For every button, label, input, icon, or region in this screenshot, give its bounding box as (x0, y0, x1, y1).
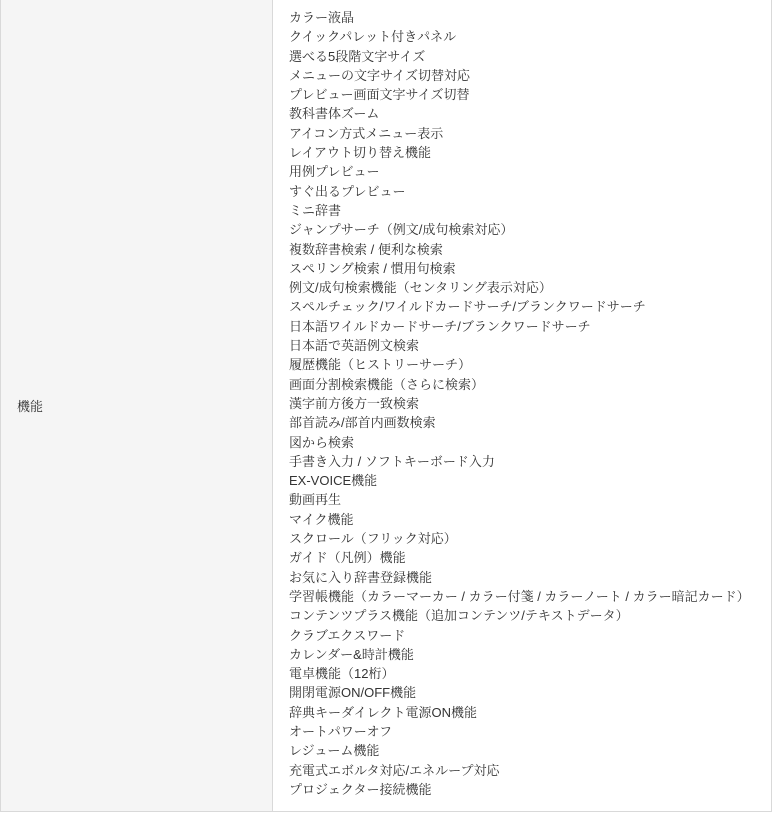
feature-line: ジャンプサーチ（例文/成句検索対応） (289, 220, 755, 239)
spec-row-features: 機能 カラー液晶クイックパレット付きパネル選べる5段階文字サイズメニューの文字サ… (1, 0, 772, 812)
feature-line: 用例プレビュー (289, 162, 755, 181)
feature-line: 複数辞書検索 / 便利な検索 (289, 240, 755, 259)
spec-page: 機能 カラー液晶クイックパレット付きパネル選べる5段階文字サイズメニューの文字サ… (0, 0, 776, 812)
feature-line: 教科書体ズーム (289, 104, 755, 123)
feature-line: オートパワーオフ (289, 722, 755, 741)
feature-line: お気に入り辞書登録機能 (289, 568, 755, 587)
feature-list: カラー液晶クイックパレット付きパネル選べる5段階文字サイズメニューの文字サイズ切… (289, 8, 755, 799)
feature-list-cell: カラー液晶クイックパレット付きパネル選べる5段階文字サイズメニューの文字サイズ切… (273, 0, 772, 812)
row-header-features: 機能 (1, 0, 273, 812)
feature-line: 日本語で英語例文検索 (289, 336, 755, 355)
feature-line: 電卓機能（12桁） (289, 664, 755, 683)
feature-line: カレンダー&時計機能 (289, 645, 755, 664)
feature-line: 日本語ワイルドカードサーチ/ブランクワードサーチ (289, 317, 755, 336)
feature-line: アイコン方式メニュー表示 (289, 124, 755, 143)
feature-line: 学習帳機能（カラーマーカー / カラー付箋 / カラーノート / カラー暗記カー… (289, 587, 755, 606)
feature-line: すぐ出るプレビュー (289, 182, 755, 201)
feature-line: 履歴機能（ヒストリーサーチ） (289, 355, 755, 374)
feature-line: スペリング検索 / 慣用句検索 (289, 259, 755, 278)
feature-line: 部首読み/部首内画数検索 (289, 413, 755, 432)
feature-line: 画面分割検索機能（さらに検索） (289, 375, 755, 394)
feature-line: プロジェクター接続機能 (289, 780, 755, 799)
feature-line: 辞典キーダイレクト電源ON機能 (289, 703, 755, 722)
feature-line: 手書き入力 / ソフトキーボード入力 (289, 452, 755, 471)
feature-line: 開閉電源ON/OFF機能 (289, 683, 755, 702)
feature-line: クラブエクスワード (289, 626, 755, 645)
feature-line: メニューの文字サイズ切替対応 (289, 66, 755, 85)
feature-line: 図から検索 (289, 433, 755, 452)
feature-line: プレビュー画面文字サイズ切替 (289, 85, 755, 104)
feature-line: 選べる5段階文字サイズ (289, 47, 755, 66)
feature-line: クイックパレット付きパネル (289, 27, 755, 46)
feature-line: ミニ辞書 (289, 201, 755, 220)
feature-line: コンテンツプラス機能（追加コンテンツ/テキストデータ） (289, 606, 755, 625)
feature-line: レジューム機能 (289, 741, 755, 760)
feature-line: スクロール（フリック対応） (289, 529, 755, 548)
feature-line: マイク機能 (289, 510, 755, 529)
spec-table: 機能 カラー液晶クイックパレット付きパネル選べる5段階文字サイズメニューの文字サ… (0, 0, 772, 812)
feature-line: レイアウト切り替え機能 (289, 143, 755, 162)
feature-line: EX-VOICE機能 (289, 471, 755, 490)
feature-line: スペルチェック/ワイルドカードサーチ/ブランクワードサーチ (289, 297, 755, 316)
feature-line: カラー液晶 (289, 8, 755, 27)
feature-line: 漢字前方後方一致検索 (289, 394, 755, 413)
feature-line: 充電式エボルタ対応/エネループ対応 (289, 761, 755, 780)
feature-line: ガイド（凡例）機能 (289, 548, 755, 567)
feature-line: 動画再生 (289, 490, 755, 509)
feature-line: 例文/成句検索機能（センタリング表示対応） (289, 278, 755, 297)
